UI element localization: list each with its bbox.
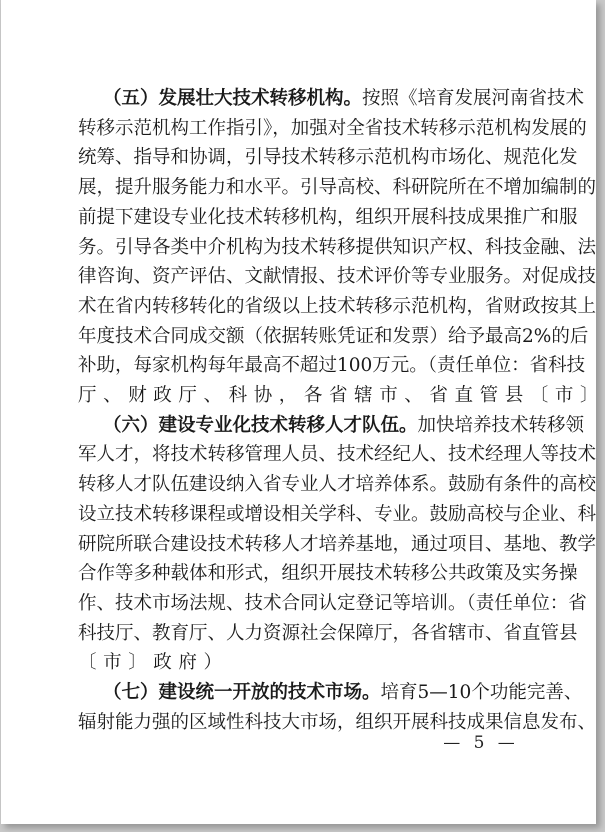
text-line: （六）建设专业化技术转移人才队伍。加快培养技术转移领 xyxy=(103,413,531,439)
document-page: （五）发展壮大技术转移机构。按照《培育发展河南省技术 转移示范机构工作指引》，加… xyxy=(1,0,596,824)
text-line: 合作等多种载体和形式，组织开展技术转移公共政策及实务操 xyxy=(78,561,531,587)
text-line: 年度技术合同成交额（依据转账凭证和发票）给予最高2%的后 xyxy=(78,324,531,350)
text-line: 律咨询、资产评估、文献情报、技术评价等专业服务。对促成技 xyxy=(78,264,531,290)
text-line: 补助，每家机构每年最高不超过100万元。（责任单位：省科技 xyxy=(78,353,531,379)
text-line: 展，提升服务能力和水平。引导高校、科研院所在不增加编制的 xyxy=(78,175,531,201)
text-line: 〔市〕政府） xyxy=(78,650,531,676)
text-line: 作、技术市场法规、技术合同认定登记等培训。（责任单位：省 xyxy=(78,591,531,617)
text-line: 转移人才队伍建设纳入省专业人才培养体系。鼓励有条件的高校 xyxy=(78,472,531,498)
text-line: （五）发展壮大技术转移机构。按照《培育发展河南省技术 xyxy=(103,86,531,112)
text-line: 统筹、指导和协调，引导技术转移示范机构市场化、规范化发 xyxy=(78,145,531,171)
text-line: 科技厅、教育厅、人力资源社会保障厅，各省辖市、省直管县 xyxy=(78,621,531,647)
text-line: 军人才，将技术转移管理人员、技术经纪人、技术经理人等技术 xyxy=(78,442,531,468)
text-line: 术在省内转移转化的省级以上技术转移示范机构，省财政按其上 xyxy=(78,294,531,320)
text-line: 前提下建设专业化技术转移机构，组织开展科技成果推广和服 xyxy=(78,205,531,231)
text-line: 研院所联合建设技术转移人才培养基地，通过项目、基地、教学 xyxy=(78,532,531,558)
text-line: 转移示范机构工作指引》，加强对全省技术转移示范机构发展的 xyxy=(78,116,531,142)
text-line: 设立技术转移课程或增设相关学科、专业。鼓励高校与企业、科 xyxy=(78,502,531,528)
page-number: — 5 — xyxy=(441,733,521,753)
section-heading: （五）发展壮大技术转移机构。 xyxy=(103,88,362,109)
text-line: （七）建设统一开放的技术市场。培育5—10个功能完善、 xyxy=(103,680,531,706)
text-line: 厅、财政厅、科协，各省辖市、省直管县〔市〕政府） xyxy=(78,383,531,409)
section-heading: （六）建设专业化技术转移人才队伍。 xyxy=(103,415,418,436)
text-line: 务。引导各类中介机构为技术转移提供知识产权、科技金融、法 xyxy=(78,235,531,261)
section-heading: （七）建设统一开放的技术市场。 xyxy=(103,682,381,703)
text-line: 辐射能力强的区域性科技大市场，组织开展科技成果信息发布、 xyxy=(78,710,531,736)
